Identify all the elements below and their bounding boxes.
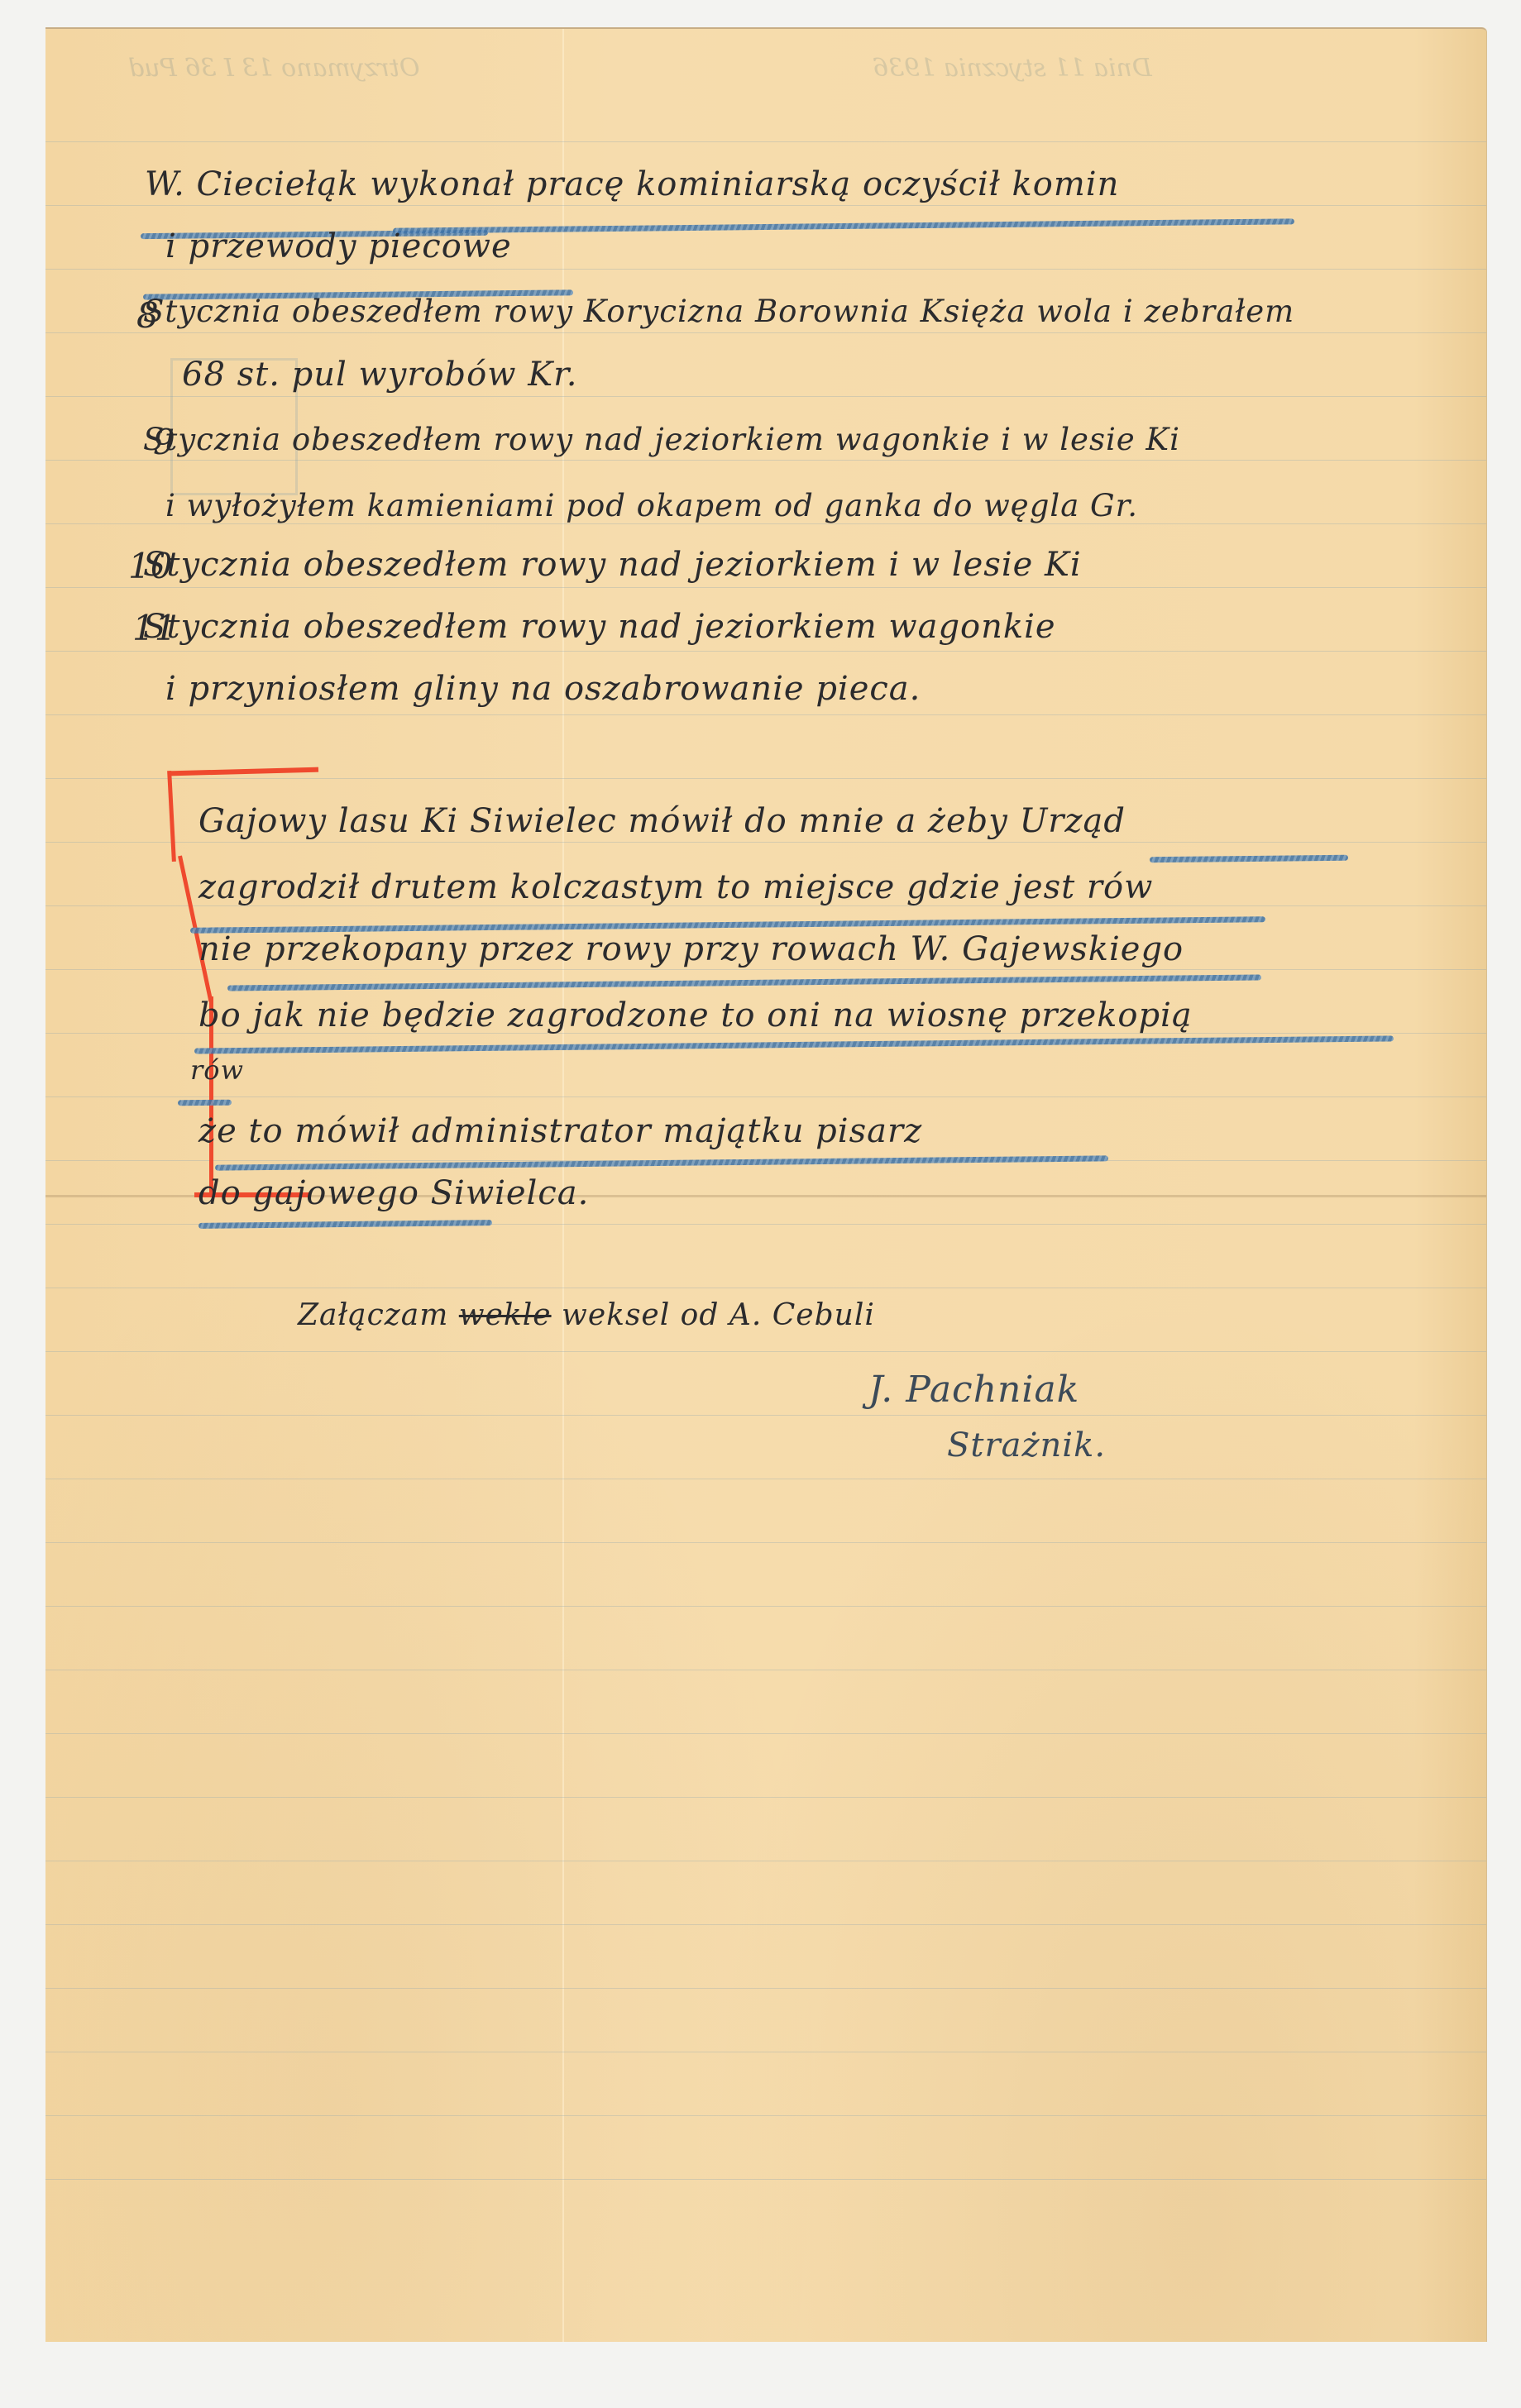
paper-sheet: Otrzymano 13 I 36 Pud Dnia 11 stycznia 1… — [45, 27, 1486, 2342]
ruled-line — [45, 2052, 1486, 2052]
entry-line: Stycznia obeszedłem rowy nad jeziorkiem … — [143, 546, 1082, 584]
ruled-line — [45, 1288, 1486, 1288]
blue-underline — [178, 1100, 232, 1106]
ruled-line — [45, 1542, 1486, 1543]
ruled-line — [45, 651, 1486, 652]
enclosure-rest: weksel od A. Cebuli — [562, 1298, 875, 1332]
ruled-line — [45, 2179, 1486, 2180]
ruled-line — [45, 778, 1486, 779]
ruled-line — [45, 1797, 1486, 1798]
ruled-line — [45, 1415, 1486, 1416]
entry-line: 68 st. pul wyrobów Kr. — [182, 356, 578, 394]
note-line: że to mówił administrator majątku pisarz — [198, 1112, 922, 1150]
note-line: zagrodził drutem kolczastym to miejsce g… — [198, 868, 1153, 906]
ruled-line — [45, 269, 1486, 270]
ruled-line — [45, 141, 1486, 142]
struck-word: wekle — [459, 1298, 552, 1332]
note-line: rów — [190, 1054, 244, 1086]
ruled-line — [45, 1096, 1486, 1097]
ruled-line — [45, 842, 1486, 843]
entry-line: Stycznia obeszedłem rowy Korycizna Borow… — [143, 294, 1294, 329]
bleed-through-header-right: Dnia 11 stycznia 1936 — [873, 54, 1152, 83]
enclosure-line: Załączam wekle weksel od A. Cebuli — [298, 1298, 875, 1332]
red-bracket-side — [167, 771, 176, 862]
ruled-line — [45, 205, 1486, 206]
ruled-line — [45, 1924, 1486, 1925]
ruled-line — [45, 523, 1486, 524]
ruled-line — [45, 969, 1486, 970]
blue-underline — [194, 1035, 1394, 1053]
note-line: nie przekopany przez rowy przy rowach W.… — [198, 930, 1184, 968]
blue-underline — [1150, 855, 1348, 863]
ruled-line — [45, 1988, 1486, 1989]
entry-line: Stycznia obeszedłem rowy nad jeziorkiem … — [143, 422, 1180, 457]
signature-title: Strażnik. — [947, 1426, 1106, 1464]
note-line: bo jak nie będzie zagrodzone to oni na w… — [198, 996, 1193, 1034]
ruled-line — [45, 714, 1486, 715]
ruled-line — [45, 1479, 1486, 1479]
blue-underline — [198, 1220, 492, 1229]
entry-line: i wyłożyłem kamieniami pod okapem od gan… — [165, 488, 1138, 523]
ruled-line — [45, 1861, 1486, 1861]
entry-line: W. Cieciełąk wykonał pracę kominiarską o… — [145, 165, 1119, 203]
note-line: Gajowy lasu Ki Siwielec mówił do mnie a … — [198, 802, 1126, 840]
enclosure-prefix: Załączam — [298, 1298, 448, 1332]
signature-name: J. Pachniak — [868, 1369, 1079, 1411]
entry-line: Stycznia obeszedłem rowy nad jeziorkiem … — [143, 608, 1056, 646]
entry-line: i przyniosłem gliny na oszabrowanie piec… — [165, 670, 921, 708]
ruled-line — [45, 1351, 1486, 1352]
ruled-line — [45, 2115, 1486, 2116]
blue-underline — [215, 1155, 1108, 1170]
bleed-through-header-left: Otrzymano 13 I 36 Pud — [128, 54, 420, 83]
blue-underline — [393, 218, 1294, 233]
entry-line: i przewody piecowe — [165, 227, 512, 265]
ruled-line — [45, 332, 1486, 333]
ruled-line — [45, 1733, 1486, 1734]
note-line: do gajowego Siwielca. — [198, 1174, 589, 1212]
ruled-line — [45, 1670, 1486, 1670]
ruled-line — [45, 587, 1486, 588]
ruled-line — [45, 1606, 1486, 1607]
red-bracket-top — [170, 767, 318, 776]
blue-underline — [227, 974, 1261, 991]
